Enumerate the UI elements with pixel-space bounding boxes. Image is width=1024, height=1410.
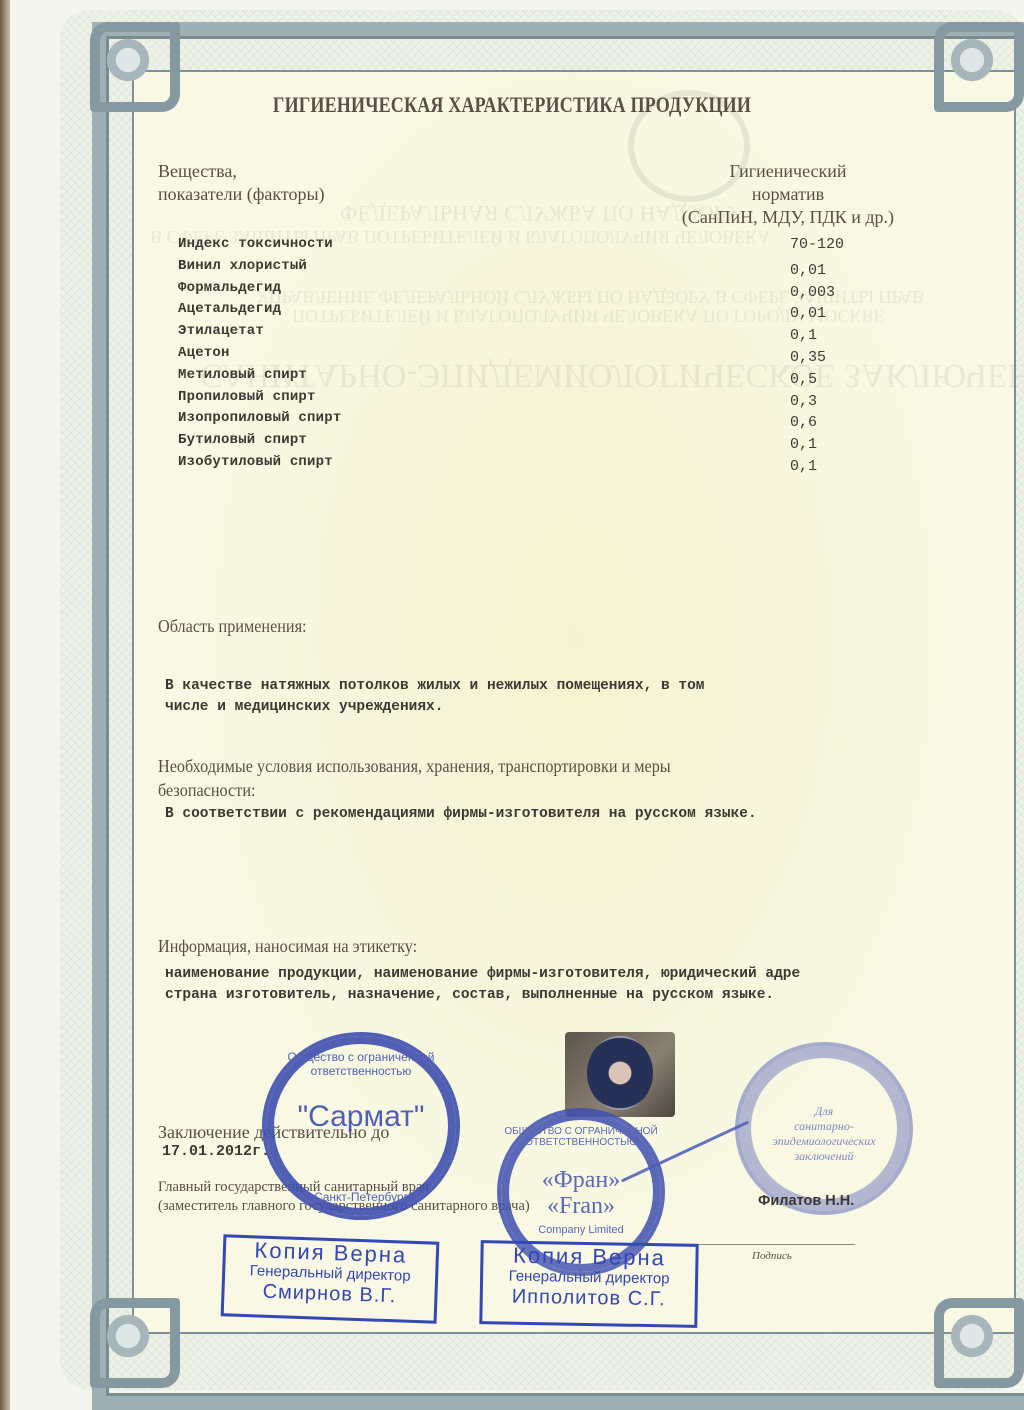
conditions-text: В соответствии с рекомендациями фирмы-из… — [165, 804, 757, 825]
text-line: Необходимые условия использования, хране… — [158, 754, 671, 778]
stamp-text: Company Limited — [501, 1224, 661, 1236]
table-row: Этилацетат0,1 — [178, 323, 878, 345]
signature-caption: Подпись — [752, 1250, 792, 1262]
corner-ornament-icon — [90, 1298, 180, 1388]
substance-norm-value: 0,35 — [790, 349, 826, 366]
text-line: В качестве натяжных потолков жилых и неж… — [165, 676, 705, 697]
stamp-name: «Fran» — [501, 1193, 661, 1219]
label-info-label: Информация, наносимая на этикетку: — [158, 936, 417, 957]
table-row: Метиловый спирт0,5 — [178, 367, 878, 389]
copy-certified-stamp: Копия Верна Генеральный директор Смирнов… — [221, 1234, 440, 1323]
signature-line — [680, 1244, 855, 1245]
header-line: Гигиенический — [648, 160, 928, 183]
table-row: Изобутиловый спирт0,1 — [178, 454, 878, 476]
substance-norm-value: 0,6 — [790, 414, 817, 431]
application-label: Область применения: — [158, 616, 307, 637]
text-line: безопасности: — [158, 778, 671, 802]
table-row: Ацетон0,35 — [178, 345, 878, 367]
header-line: (СанПиН, МДУ, ПДК и др.) — [648, 206, 928, 229]
stamp-name: "Сармат" — [266, 1100, 456, 1134]
substance-name: Ацетальдегид — [178, 301, 281, 317]
substance-norm-value: 0,3 — [790, 393, 817, 410]
substance-norm-value: 0,003 — [790, 284, 835, 301]
substance-name: Винил хлористый — [178, 258, 307, 274]
stamp-text: санитарно- — [739, 1119, 909, 1134]
stamp-text: Копия Верна — [483, 1243, 695, 1271]
substance-name: Изобутиловый спирт — [178, 454, 333, 470]
hologram-emblem-icon — [565, 1032, 675, 1117]
text-line: страна изготовитель, назначение, состав,… — [165, 985, 800, 1006]
substance-name: Ацетон — [178, 345, 230, 361]
substance-name: Индекс токсичности — [178, 236, 333, 252]
stamp-text: заключений — [739, 1149, 909, 1164]
table-row: Формальдегид0,003 — [178, 280, 878, 302]
document-title: ГИГИЕНИЧЕСКАЯ ХАРАКТЕРИСТИКА ПРОДУКЦИИ — [92, 92, 932, 118]
conditions-label: Необходимые условия использования, хране… — [158, 754, 671, 802]
stamp-text: Для — [739, 1104, 909, 1119]
substance-norm-value: 0,1 — [790, 458, 817, 475]
stamp-text: Ипполитов С.Г. — [483, 1285, 695, 1311]
table-row: Винил хлористый0,01 — [178, 258, 878, 280]
stamp-text: * Санкт-Петербург * — [266, 1190, 456, 1204]
copy-certified-stamp: Копия Верна Генеральный директор Ипполит… — [479, 1240, 698, 1328]
signatory-name: Филатов Н.Н. — [758, 1193, 854, 1209]
table-row: Бутиловый спирт0,1 — [178, 432, 878, 454]
substance-norm-value: 0,01 — [790, 262, 826, 279]
table-row: Пропиловый спирт0,3 — [178, 389, 878, 411]
substance-name: Бутиловый спирт — [178, 432, 307, 448]
validity-date: 17.01.2012г. — [162, 1143, 270, 1160]
header-line: показатели (факторы) — [158, 183, 325, 206]
header-line: Вещества, — [158, 160, 325, 183]
table-row: Ацетальдегид0,01 — [178, 301, 878, 323]
label-info-text: наименование продукции, наименование фир… — [165, 964, 800, 1006]
header-line: норматив — [648, 183, 928, 206]
text-line: числе и медицинских учреждениях. — [165, 697, 705, 718]
table-row: Индекс токсичности70-120 — [178, 236, 878, 258]
substance-name: Изопропиловый спирт — [178, 410, 341, 426]
substance-name: Метиловый спирт — [178, 367, 307, 383]
substance-name: Этилацетат — [178, 323, 264, 339]
sarmat-stamp: Общество с ограниченной ответственностью… — [262, 1032, 460, 1220]
application-text: В качестве натяжных потолков жилых и неж… — [165, 676, 705, 718]
gov-stamp: Для санитарно- эпидемиологических заключ… — [735, 1042, 913, 1215]
substance-name: Пропиловый спирт — [178, 389, 316, 405]
header-substances: Вещества, показатели (факторы) — [158, 160, 325, 206]
substance-name: Формальдегид — [178, 280, 281, 296]
substance-norm-value: 0,1 — [790, 327, 817, 344]
header-norm: Гигиенический норматив (СанПиН, МДУ, ПДК… — [648, 160, 928, 229]
text-line: наименование продукции, наименование фир… — [165, 964, 800, 985]
table-row: Изопропиловый спирт0,6 — [178, 410, 878, 432]
paper-edge — [0, 0, 10, 1410]
substance-norm-value: 70-120 — [790, 236, 844, 253]
substances-table: Индекс токсичности70-120Винил хлористый0… — [178, 236, 878, 476]
corner-ornament-icon — [934, 1298, 1024, 1388]
substance-norm-value: 0,01 — [790, 305, 826, 322]
substance-norm-value: 0,1 — [790, 436, 817, 453]
stamp-text: эпидемиологических — [739, 1134, 909, 1149]
stamp-text: Общество с ограниченной ответственностью — [266, 1050, 456, 1078]
stamp-text: ОБЩЕСТВО С ОГРАНИЧЕННОЙ ОТВЕТСТВЕННОСТЬЮ — [501, 1126, 661, 1148]
corner-ornament-icon — [934, 22, 1024, 112]
substance-norm-value: 0,5 — [790, 371, 817, 388]
